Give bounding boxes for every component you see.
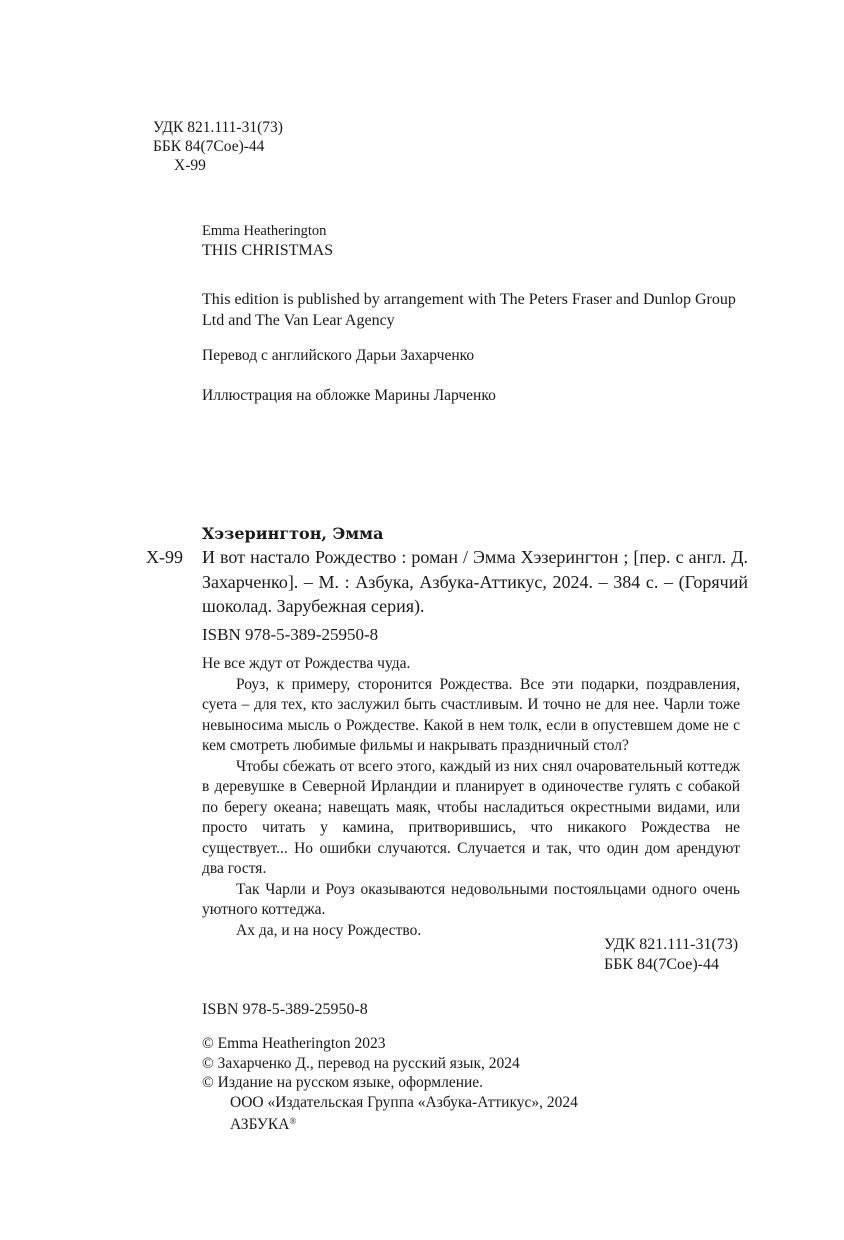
illustration-credit: Иллюстрация на обложке Марины Ларченко	[202, 386, 496, 406]
isbn: ISBN 978-5-389-25950-8	[202, 1000, 368, 1020]
imprint-line: АЗБУКА®	[202, 1112, 578, 1135]
publisher-line: ООО «Издательская Группа «Азбука-Аттикус…	[202, 1093, 578, 1113]
catalog-author-code: Х-99	[146, 545, 183, 569]
annotation: Не все ждут от Рождества чуда. Роуз, к п…	[202, 654, 740, 941]
original-title: THIS CHRISTMAS	[202, 241, 333, 261]
catalog-author-heading: Хэзерингтон, Эмма	[202, 523, 383, 545]
bbk-code: ББК 84(7Сое)-44	[604, 955, 738, 975]
copyright-line: © Захарченко Д., перевод на русский язык…	[202, 1054, 578, 1074]
annotation-paragraph: Так Чарли и Роуз оказываются недовольным…	[202, 880, 740, 921]
copyright-line: © Издание на русском языке, оформление.	[202, 1073, 578, 1093]
copyright-block: © Emma Heatherington 2023 © Захарченко Д…	[202, 1034, 578, 1135]
top-classification: УДК 821.111-31(73) ББК 84(7Сое)-44 Х-99	[153, 118, 283, 175]
catalog-isbn: ISBN 978-5-389-25950-8	[202, 624, 378, 646]
bottom-classification: УДК 821.111-31(73) ББК 84(7Сое)-44	[604, 935, 738, 975]
udk-code: УДК 821.111-31(73)	[153, 118, 283, 137]
imprint-name: АЗБУКА	[230, 1116, 289, 1133]
annotation-paragraph: Роуз, к примеру, сторонится Рождества. В…	[202, 675, 740, 757]
annotation-paragraph: Не все ждут от Рождества чуда.	[202, 654, 740, 675]
author-code: Х-99	[153, 156, 283, 175]
original-edition: Emma Heatherington THIS CHRISTMAS	[202, 222, 333, 261]
copyright-line: © Emma Heatherington 2023	[202, 1034, 578, 1054]
bbk-code: ББК 84(7Сое)-44	[153, 137, 283, 156]
registered-mark-icon: ®	[289, 1116, 296, 1126]
arrangement-note: This edition is published by arrangement…	[202, 289, 742, 331]
annotation-paragraph: Чтобы сбежать от всего этого, каждый из …	[202, 757, 740, 880]
catalog-description: И вот настало Рождество : роман / Эмма Х…	[202, 545, 748, 619]
udk-code: УДК 821.111-31(73)	[604, 935, 738, 955]
original-author: Emma Heatherington	[202, 222, 333, 241]
translator-credit: Перевод с английского Дарьи Захарченко	[202, 346, 474, 366]
